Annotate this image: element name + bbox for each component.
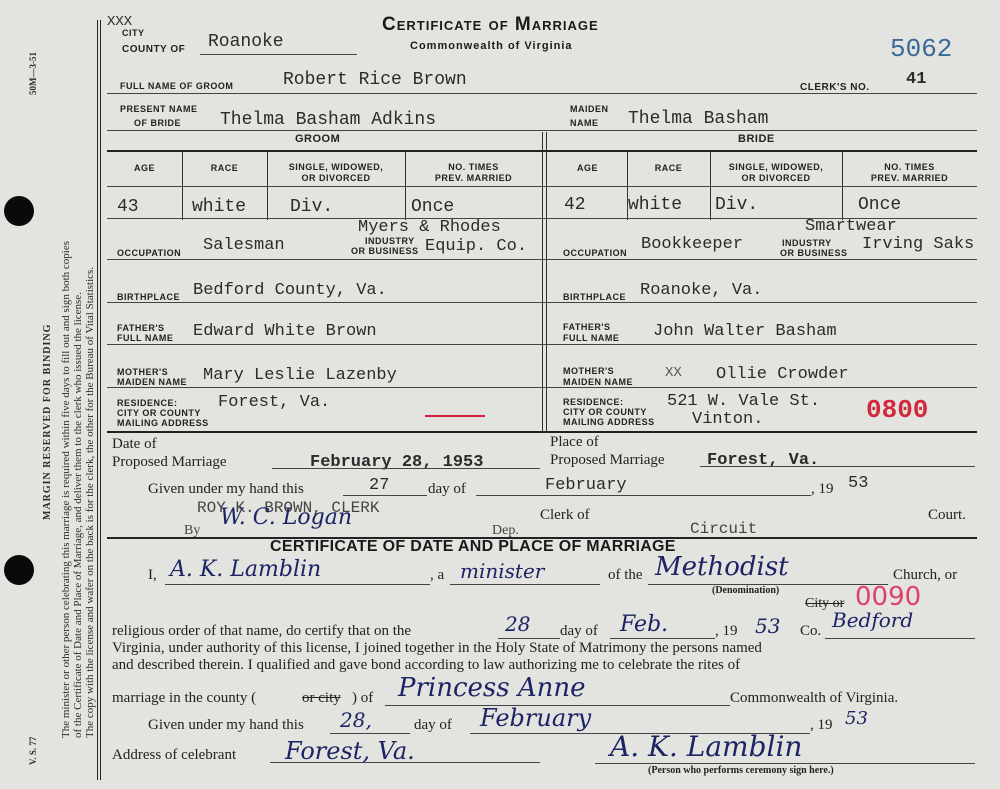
- groom-times-married: Once: [411, 197, 454, 217]
- bride-times-married: Once: [858, 195, 901, 215]
- bride-father-label-2: Full Name: [563, 333, 619, 343]
- bride-present-label-1: Present Name: [120, 104, 198, 114]
- bride-present-label-2: of Bride: [134, 118, 181, 128]
- bride-industry-line-2: Irving Saks: [862, 235, 974, 254]
- page-subtitle: Commonwealth of Virginia: [410, 40, 573, 52]
- ceremony-year: 53: [755, 614, 780, 638]
- given-day-underline: [330, 733, 410, 734]
- given-day-of: day of: [428, 481, 466, 498]
- bride-mother: Ollie Crowder: [716, 365, 849, 384]
- bride-father-label-1: Father's: [563, 322, 610, 332]
- bride-present-value: Thelma Basham Adkins: [220, 110, 436, 130]
- bride-status: Div.: [715, 195, 758, 215]
- groom-residence-label-1: Residence:: [117, 398, 178, 408]
- ceremony-given-day-of: day of: [414, 717, 452, 734]
- bride-heading: Bride: [738, 134, 775, 144]
- court-label: Court.: [928, 507, 966, 524]
- a-label: , a: [430, 567, 444, 584]
- punch-hole: [4, 555, 34, 585]
- celebrant-address: Forest, Va.: [285, 737, 415, 765]
- ceremony-county: Bedford: [832, 608, 913, 632]
- groom-father: Edward White Brown: [193, 322, 377, 341]
- year-prefix: , 19: [715, 623, 738, 640]
- bride-mother-label-1: Mother's: [563, 366, 614, 376]
- margin-rule: [97, 20, 98, 780]
- maiden-label-2: Name: [570, 118, 599, 128]
- ceremony-month: Feb.: [620, 612, 668, 637]
- clerk-no-value: 41: [906, 70, 926, 89]
- stamp-number: 5062: [890, 34, 952, 64]
- bride-status-header-1: Single, Widowed,: [710, 162, 842, 172]
- groom-father-label-1: Father's: [117, 323, 164, 333]
- bride-mother-prefix: XX: [665, 365, 682, 381]
- of-the-label: of the: [608, 567, 643, 584]
- denomination-caption: (Denomination): [712, 585, 779, 596]
- given-prefix: Given under my hand this: [148, 481, 304, 498]
- given-day: 27: [369, 476, 389, 495]
- groom-age-header: Age: [107, 163, 182, 173]
- or-city: or city: [302, 690, 341, 707]
- signature-caption: (Person who performs ceremony sign here.…: [648, 765, 834, 776]
- bride-times-header-2: Prev. Married: [842, 173, 977, 183]
- bride-race-header: Race: [627, 163, 710, 173]
- county-suffix: ) of: [352, 690, 373, 707]
- given-day-underline: [343, 495, 427, 496]
- instruction-line-2: of the Certificate of Date and Place of …: [72, 292, 84, 738]
- groom-status: Div.: [290, 197, 333, 217]
- place-label-2: Proposed Marriage: [550, 452, 665, 469]
- date-label-1: Date of: [112, 436, 157, 453]
- bride-father: John Walter Basham: [653, 322, 837, 341]
- county-value: Roanoke: [208, 32, 284, 52]
- bride-occupation-label: Occupation: [563, 248, 627, 258]
- page-title: Certificate of Marriage: [382, 14, 599, 36]
- groom-birthplace: Bedford County, Va.: [193, 281, 387, 300]
- court-type: Circuit: [690, 520, 757, 538]
- punch-hole: [4, 196, 34, 226]
- row-rule: [107, 186, 977, 187]
- given-year-prefix: , 19: [811, 481, 834, 498]
- row-rule: [107, 302, 977, 303]
- marriage-certificate: 50M—3-51 V. S. 77 MARGIN RESERVED FOR BI…: [0, 0, 1000, 789]
- signature-underline: [595, 763, 975, 764]
- address-underline: [270, 762, 540, 763]
- celebrant-final-signature: A. K. Lamblin: [610, 730, 802, 763]
- given-month: February: [545, 476, 627, 495]
- place-underline: [700, 466, 975, 467]
- groom-residence: Forest, Va.: [218, 393, 330, 412]
- row-rule: [107, 130, 977, 131]
- certify-text: religious order of that name, do certify…: [112, 623, 411, 640]
- bride-status-header-2: or Divorced: [710, 173, 842, 183]
- groom-residence-label-2: City or County: [117, 408, 201, 418]
- county-underline: [825, 638, 975, 639]
- bride-times-header-1: No. Times: [842, 162, 977, 172]
- binding-note: MARGIN RESERVED FOR BINDING: [42, 324, 53, 520]
- ceremony-given-month: February: [480, 704, 591, 732]
- clerk-of-label: Clerk of: [540, 507, 590, 524]
- place-value: Forest, Va.: [707, 451, 819, 470]
- city-label: City: [122, 28, 145, 38]
- groom-status-header-1: Single, Widowed,: [267, 162, 405, 172]
- groom-times-header-2: Prev. Married: [405, 173, 542, 183]
- bride-industry-line-1: Smartwear: [805, 217, 897, 236]
- bride-mother-label-2: Maiden Name: [563, 377, 633, 387]
- body-line-3: and described therein. I qualified and g…: [112, 657, 740, 674]
- given-year: 53: [848, 474, 868, 493]
- bride-residence-label-1: Residence:: [563, 397, 624, 407]
- bride-industry-label-2: or Business: [780, 248, 848, 258]
- row-rule: [107, 431, 977, 433]
- county-label: County of: [122, 45, 185, 55]
- deputy-signature: W. C. Logan: [220, 505, 352, 530]
- date-value: February 28, 1953: [310, 453, 483, 472]
- groom-status-header-2: or Divorced: [267, 173, 405, 183]
- place-label-1: Place of: [550, 434, 599, 451]
- clerk-no-label: Clerk's No.: [800, 83, 870, 93]
- role: minister: [460, 559, 544, 583]
- bride-residence-line-1: 521 W. Vale St.: [667, 392, 820, 411]
- row-rule: [107, 344, 977, 345]
- county-prefix: marriage in the county (: [112, 690, 256, 707]
- ceremony-given-day: 28,: [340, 708, 372, 732]
- groom-industry-label-2: or Business: [351, 246, 419, 256]
- form-id: V. S. 77: [28, 737, 38, 765]
- groom-father-label-2: Full Name: [117, 333, 173, 343]
- role-underline: [450, 584, 600, 585]
- groom-heading: Groom: [295, 134, 340, 144]
- date-underline: [272, 468, 540, 469]
- groom-race: white: [192, 197, 246, 217]
- bride-race: white: [628, 195, 682, 215]
- form-code: 50M—3-51: [28, 52, 38, 95]
- body-line-2: Virginia, under authority of this licens…: [112, 640, 762, 657]
- groom-times-header-1: No. Times: [405, 162, 542, 172]
- groom-residence-label-3: Mailing Address: [117, 418, 209, 428]
- row-rule: [107, 387, 977, 388]
- groom-age: 43: [117, 197, 139, 217]
- ceremony-day: 28: [505, 612, 530, 636]
- i-label: I,: [148, 567, 157, 584]
- groom-industry-label-1: Industry: [365, 236, 415, 246]
- ceremony-given-prefix: Given under my hand this: [148, 717, 304, 734]
- bride-birthplace-label: Birthplace: [563, 292, 626, 302]
- row-rule: [107, 259, 977, 260]
- maiden-value: Thelma Basham: [628, 109, 768, 129]
- groom-name-label: Full Name of Groom: [120, 81, 233, 91]
- groom-industry-line-1: Myers & Rhodes: [358, 218, 501, 237]
- red-mark: [425, 415, 485, 417]
- red-stamp-number: 0800: [866, 395, 928, 425]
- celebrant-underline: [165, 584, 430, 585]
- groom-occupation: Salesman: [203, 236, 285, 255]
- bride-birthplace: Roanoke, Va.: [640, 281, 762, 300]
- groom-occupation-label: Occupation: [117, 248, 181, 258]
- groom-mother-label-1: Mother's: [117, 367, 168, 377]
- groom-race-header: Race: [182, 163, 267, 173]
- ceremony-given-year-prefix: , 19: [810, 717, 833, 734]
- bride-age: 42: [564, 195, 586, 215]
- ceremony-given-year: 53: [845, 708, 868, 729]
- groom-name-value: Robert Rice Brown: [283, 70, 467, 90]
- bride-occupation: Bookkeeper: [641, 235, 743, 254]
- day-of-label: day of: [560, 623, 598, 640]
- marriage-county: Princess Anne: [398, 673, 586, 703]
- groom-mother-label-2: Maiden Name: [117, 377, 187, 387]
- bride-industry-label-1: Industry: [782, 238, 832, 248]
- celebrant-signature: A. K. Lamblin: [170, 557, 321, 582]
- month-underline: [610, 638, 715, 639]
- date-label-2: Proposed Marriage: [112, 454, 227, 471]
- maiden-label-1: Maiden: [570, 104, 609, 114]
- bride-age-header: Age: [548, 163, 627, 173]
- groom-industry-line-2: Equip. Co.: [425, 237, 527, 256]
- instruction-line-1: The minister or other person celebrating…: [60, 241, 72, 738]
- instruction-line-3: The copy with the license and wafer on t…: [84, 267, 96, 738]
- county-underline: [200, 54, 357, 55]
- co-label: Co.: [800, 623, 821, 640]
- given-month-underline: [476, 495, 811, 496]
- groom-birthplace-label: Birthplace: [117, 292, 180, 302]
- ceremony-heading: Certificate of Date and Place of Marriag…: [270, 538, 676, 556]
- groom-mother: Mary Leslie Lazenby: [203, 366, 397, 385]
- margin-rule: [100, 20, 101, 780]
- bride-residence-label-2: City or County: [563, 407, 647, 417]
- row-rule: [107, 93, 977, 94]
- commonwealth: Commonwealth of Virginia.: [730, 690, 898, 707]
- day-underline: [498, 638, 560, 639]
- denomination: Methodist: [655, 552, 789, 582]
- binding-margin: 50M—3-51 V. S. 77 MARGIN RESERVED FOR BI…: [0, 0, 100, 789]
- bride-residence-label-3: Mailing Address: [563, 417, 655, 427]
- bride-residence-line-2: Vinton.: [692, 410, 763, 429]
- address-label: Address of celebrant: [112, 747, 236, 764]
